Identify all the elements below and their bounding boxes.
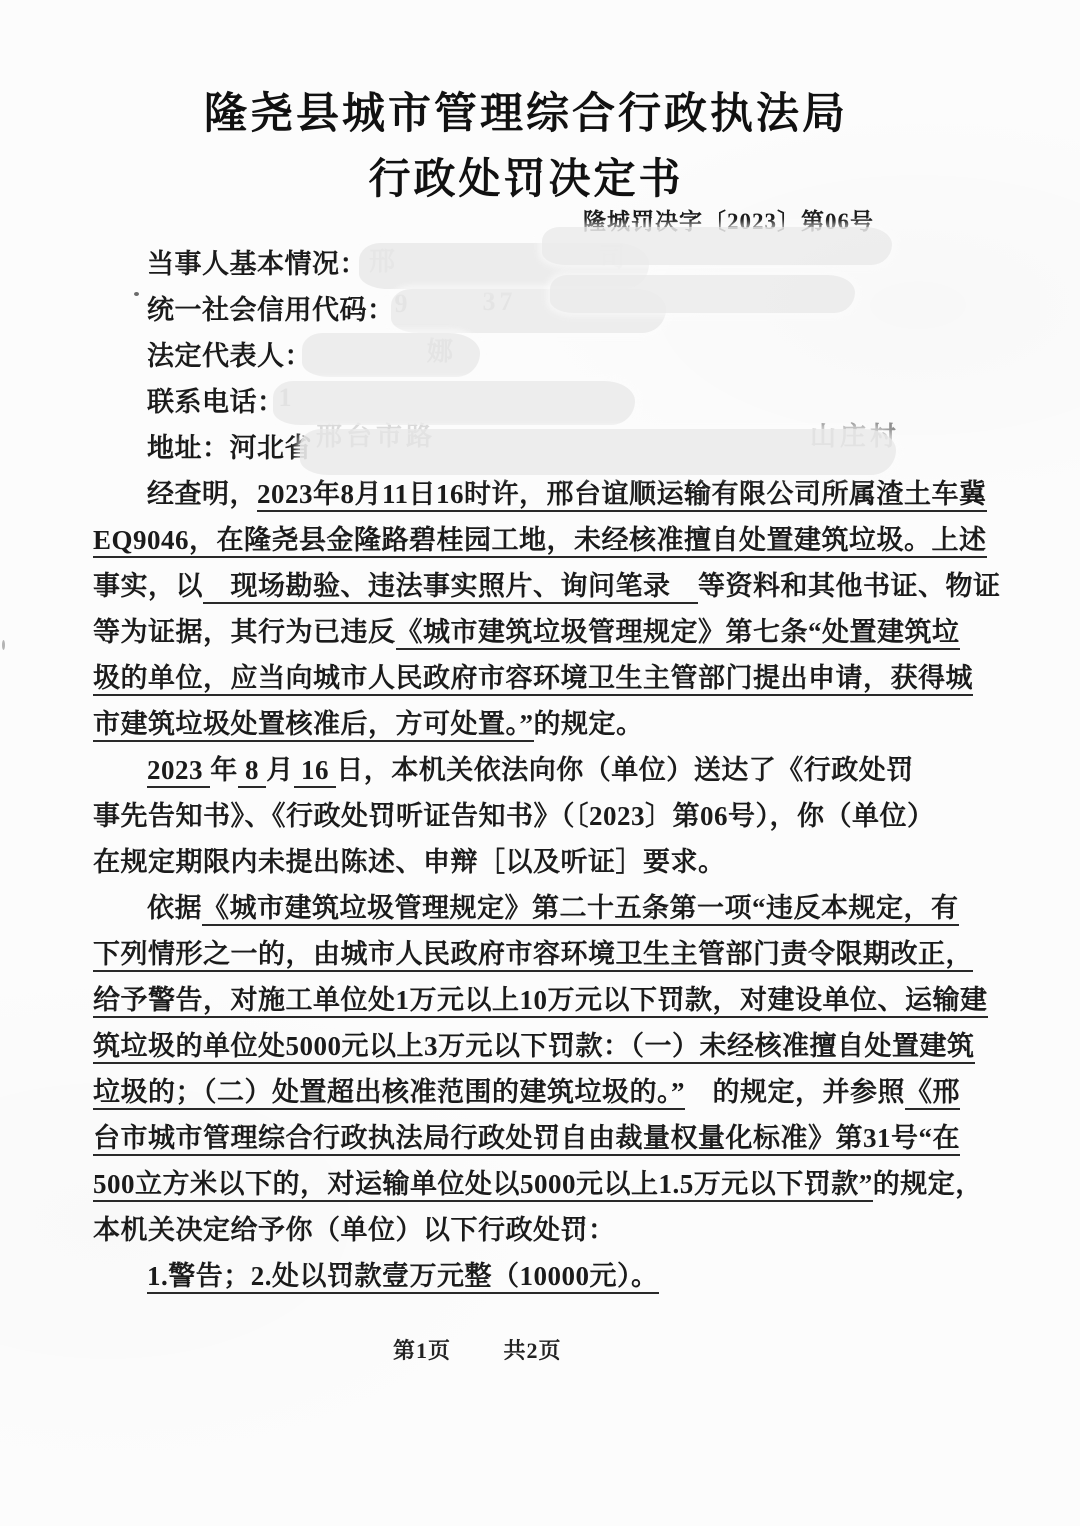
redaction-blob: [300, 429, 896, 475]
page-footer: 第1页 共2页: [393, 1334, 562, 1365]
text-segment: 等为证据，其行为已违反: [93, 617, 396, 647]
filled-blank-text: 1.警告；2.处以罚款壹万元整（10000元）。: [147, 1261, 659, 1294]
document-text-line: 下列情形之一的，由城市人民政府市容环境卫生主管部门责令限期改正，: [93, 932, 1013, 978]
document-text-line: 统一社会信用代码：937: [93, 288, 1013, 334]
redaction-area: 邢台市路山庄村: [312, 429, 872, 463]
filled-blank-text: 2023: [147, 755, 210, 788]
filled-blank-text: 500立方米以下的，对运输单位处以5000元以上1.5万元以下罚款”: [93, 1169, 873, 1202]
redaction-area: 937: [395, 291, 831, 325]
text-segment: 年: [210, 755, 238, 785]
text-segment: 等资料和其他书证、物证: [698, 571, 1001, 601]
document-text-line: 圾的单位，应当向城市人民政府市容环境卫生主管部门提出申请，获得城: [93, 656, 1013, 702]
text-segment: 本机关决定给予你（单位）以下行政处罚：: [93, 1215, 616, 1245]
document-text-line: 1.警告；2.处以罚款壹万元整（10000元）。: [93, 1254, 1013, 1300]
redaction-blob: [273, 381, 635, 425]
text-segment: 的规定，并参照: [685, 1077, 905, 1107]
text-segment: 事实，以: [93, 571, 203, 601]
text-segment: 日，本机关依法向你（单位）送达了《行政处罚: [336, 755, 914, 785]
text-segment: 经查明，: [147, 479, 257, 509]
document-text-line: 事实，以 现场勘验、违法事实照片、询问笔录 等资料和其他书证、物证: [93, 564, 1013, 610]
redaction-blob: [550, 275, 855, 313]
document-text-line: 垃圾的；（二）处置超出核准范围的建筑垃圾的。” 的规定，并参照《邢: [93, 1070, 1013, 1116]
filled-blank-text: 下列情形之一的，由城市人民政府市容环境卫生主管部门责令限期改正，: [93, 939, 973, 972]
filled-blank-text: 市建筑垃圾处置核准后，方可处置。”: [93, 709, 534, 742]
field-label: 联系电话：: [147, 387, 285, 417]
text-segment: 事先告知书》、《行政处罚听证告知书》（〔2023〕第06号），你（单位）: [93, 801, 935, 831]
scanned-document-page: 隆尧县城市管理综合行政执法局 行政处罚决定书 隆城罚决字〔2023〕第06号 当…: [0, 0, 1080, 1526]
field-label: 地址：河北省: [147, 433, 312, 463]
document-body: 当事人基本情况：邢司统一社会信用代码：937法定代表人：娜联系电话：1地址：河北…: [93, 242, 1013, 1300]
document-text-line: 联系电话：1: [93, 380, 1013, 426]
text-segment: 在规定期限内未提出陈述、申辩［以及听证］要求。: [93, 847, 726, 877]
redaction-blob: [542, 227, 892, 265]
agency-title: 隆尧县城市管理综合行政执法局: [0, 80, 1080, 141]
filled-blank-text: 垃圾的；（二）处置超出核准范围的建筑垃圾的。”: [93, 1077, 685, 1110]
filled-blank-text: 《邢: [905, 1077, 960, 1110]
filled-blank-text: EQ9046，在隆尧县金隆路碧桂园工地，未经核准擅自处置建筑垃圾。: [93, 525, 932, 558]
document-text-line: 500立方米以下的，对运输单位处以5000元以上1.5万元以下罚款”的规定，: [93, 1162, 1013, 1208]
redaction-area: 1: [285, 383, 611, 417]
filled-blank-text: 台市城市管理综合行政执法局行政处罚自由裁量权量化标准》第31号“在: [93, 1123, 960, 1156]
scan-artifact: [2, 640, 5, 650]
document-title: 行政处罚决定书: [0, 146, 1080, 206]
filled-blank-text: 2023年8月11日16时许，邢台谊顺运输有限公司所属渣土车冀: [257, 479, 987, 512]
filled-blank-text: 8: [238, 755, 267, 788]
field-label: 法定代表人：: [147, 341, 312, 371]
page-indicator: 第1页: [393, 1338, 451, 1363]
document-number: 隆城罚决字〔2023〕第06号: [0, 203, 1080, 236]
redaction-area: 邢司: [367, 245, 868, 279]
scan-artifact: [134, 292, 139, 296]
document-text-line: 市建筑垃圾处置核准后，方可处置。”的规定。: [93, 702, 1013, 748]
document-text-line: 在规定期限内未提出陈述、申辩［以及听证］要求。: [93, 840, 1013, 886]
document-text-line: 地址：河北省邢台市路山庄村: [93, 426, 1013, 472]
document-text-line: 法定代表人：娜: [93, 334, 1013, 380]
document-text-line: 等为证据，其行为已违反《城市建筑垃圾管理规定》第七条“处置建筑垃: [93, 610, 1013, 656]
field-label: 当事人基本情况：: [147, 249, 367, 279]
filled-blank-text: 筑垃圾的单位处5000元以上3万元以下罚款：（一）未经核准擅自处置建筑: [93, 1031, 975, 1064]
filled-blank-text: 现场勘验、违法事实照片、询问笔录: [203, 571, 698, 604]
document-text-line: 台市城市管理综合行政执法局行政处罚自由裁量权量化标准》第31号“在: [93, 1116, 1013, 1162]
filled-blank-text: 上述: [932, 525, 987, 558]
total-pages-indicator: 共2页: [504, 1338, 562, 1363]
filled-blank-text: 给予警告，对施工单位处1万元以上10万元以下罚款，对建设单位、运输建: [93, 985, 988, 1018]
document-text-line: 经查明，2023年8月11日16时许，邢台谊顺运输有限公司所属渣土车冀: [93, 472, 1013, 518]
document-text-line: 依据《城市建筑垃圾管理规定》第二十五条第一项“违反本规定，有: [93, 886, 1013, 932]
document-text-line: 2023 年 8 月 16 日，本机关依法向你（单位）送达了《行政处罚: [93, 748, 1013, 794]
text-segment: 依据: [147, 893, 202, 923]
text-segment: 的规定，: [873, 1169, 983, 1199]
redaction-area: 娜: [312, 337, 456, 371]
document-text-line: EQ9046，在隆尧县金隆路碧桂园工地，未经核准擅自处置建筑垃圾。上述: [93, 518, 1013, 564]
document-text-line: 事先告知书》、《行政处罚听证告知书》（〔2023〕第06号），你（单位）: [93, 794, 1013, 840]
filled-blank-text: 16: [294, 755, 337, 788]
document-text-line: 本机关决定给予你（单位）以下行政处罚：: [93, 1208, 1013, 1254]
filled-blank-text: 《城市建筑垃圾管理规定》第七条“处置建筑垃: [396, 617, 960, 650]
text-segment: 月: [266, 755, 294, 785]
text-segment: 的规定。: [534, 709, 644, 739]
filled-blank-text: 圾的单位，应当向城市人民政府市容环境卫生主管部门提出申请，获得城: [93, 663, 973, 696]
document-text-line: 筑垃圾的单位处5000元以上3万元以下罚款：（一）未经核准擅自处置建筑: [93, 1024, 1013, 1070]
redaction-blob: [302, 333, 480, 377]
field-label: 统一社会信用代码：: [147, 295, 395, 325]
filled-blank-text: 《城市建筑垃圾管理规定》第二十五条第一项“违反本规定，有: [202, 893, 959, 926]
document-text-line: 给予警告，对施工单位处1万元以上10万元以下罚款，对建设单位、运输建: [93, 978, 1013, 1024]
